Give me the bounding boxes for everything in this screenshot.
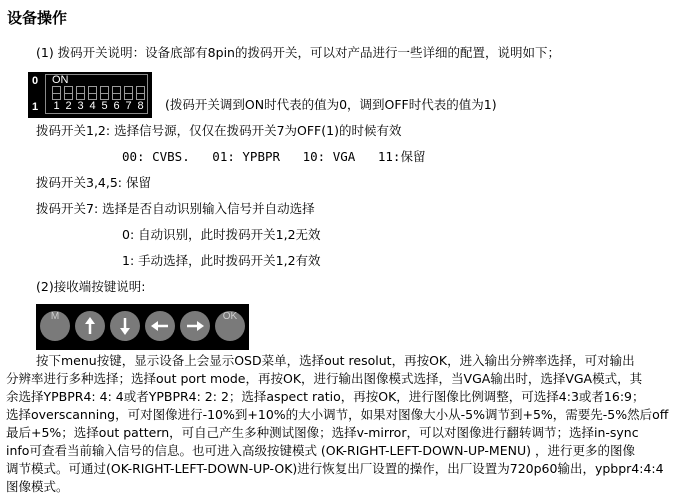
dip-number: 7 xyxy=(123,100,134,112)
switch-7-description: 拨码开关7: 选择是否自动识别输入信号并自动选择 xyxy=(36,200,315,218)
section2-heading: (2)接收端按键说明: xyxy=(36,278,145,296)
dip-switch-4 xyxy=(88,86,97,100)
key-description-line-2: 分辨率进行多种选择；选择out port mode，再按OK，进行输出图像模式选… xyxy=(6,370,642,388)
left-key xyxy=(145,311,175,341)
dip-switch-5 xyxy=(100,86,109,100)
up-key xyxy=(75,311,105,341)
dip-row0-label: 0 xyxy=(32,75,38,87)
dip-number: 1 xyxy=(51,100,62,112)
arrow-left-icon xyxy=(145,311,175,341)
section1-heading: (1) 拨码开关说明：设备底部有8pin的拨码开关，可以对产品进行一些详细的配置… xyxy=(36,44,560,62)
key-description-line-3: 余选择YPBPR4: 4: 4或者YPBPR4: 2: 2；选择aspect r… xyxy=(6,388,645,406)
dip-switch-image: 0 1 ON 1 2 3 4 5 6 7 8 xyxy=(28,72,152,118)
ok-key-label: OK xyxy=(223,311,237,322)
dip-number: 5 xyxy=(99,100,110,112)
dip-switch-2 xyxy=(64,86,73,100)
key-description-line-8: 图像模式。 xyxy=(6,478,69,496)
dip-number: 8 xyxy=(135,100,146,112)
switch-3-4-5-description: 拨码开关3,4,5: 保留 xyxy=(36,174,151,192)
down-key xyxy=(110,311,140,341)
dip-switch-8 xyxy=(136,86,145,100)
arrow-up-icon xyxy=(75,311,105,341)
dip-switch-7 xyxy=(124,86,133,100)
dip-on-label: ON xyxy=(52,74,69,86)
key-description-line-4: 选择overscanning，可对图像进行-10%到+10%的大小调节，如果对图… xyxy=(6,406,668,424)
switch-7-option-1: 1: 手动选择，此时拨码开关1,2有效 xyxy=(122,252,321,270)
menu-key-label: M xyxy=(51,311,59,322)
arrow-right-icon xyxy=(180,311,210,341)
switch-1-2-values: 00: CVBS. 01: YPBPR 10: VGA 11:保留 xyxy=(122,148,425,166)
right-key xyxy=(180,311,210,341)
dip-row1-label: 1 xyxy=(32,101,38,113)
key-description-line-7: 调节模式。可通过(OK-RIGHT-LEFT-DOWN-UP-OK)进行恢复出厂… xyxy=(6,460,664,478)
menu-key: M xyxy=(40,311,70,341)
key-description-line-5: 最后+5%；选择out pattern，可自己产生多种测试图像；选择v-mirr… xyxy=(6,424,639,442)
key-description-line-6: info可查看当前输入信号的信息。也可进入高级按键模式 (OK-RIGHT-LE… xyxy=(6,442,635,460)
dip-caption: (拨码开关调到ON时代表的值为0，调到OFF时代表的值为1) xyxy=(165,96,497,114)
dip-number: 2 xyxy=(63,100,74,112)
remote-keys-image: M OK xyxy=(36,304,249,350)
page-title: 设备操作 xyxy=(7,9,67,27)
dip-number: 4 xyxy=(87,100,98,112)
dip-number: 3 xyxy=(75,100,86,112)
arrow-down-icon xyxy=(110,311,140,341)
switch-7-option-0: 0: 自动识别，此时拨码开关1,2无效 xyxy=(122,226,321,244)
dip-switch-1 xyxy=(52,86,61,100)
key-description-line-1: 按下menu按键，显示设备上会显示OSD菜单，选择out resolut，再按O… xyxy=(36,352,635,370)
switch-1-2-description: 拨码开关1,2: 选择信号源，仅仅在拨码开关7为OFF(1)的时候有效 xyxy=(36,122,401,140)
dip-switch-3 xyxy=(76,86,85,100)
dip-number: 6 xyxy=(111,100,122,112)
ok-key: OK xyxy=(215,311,245,341)
dip-switch-6 xyxy=(112,86,121,100)
